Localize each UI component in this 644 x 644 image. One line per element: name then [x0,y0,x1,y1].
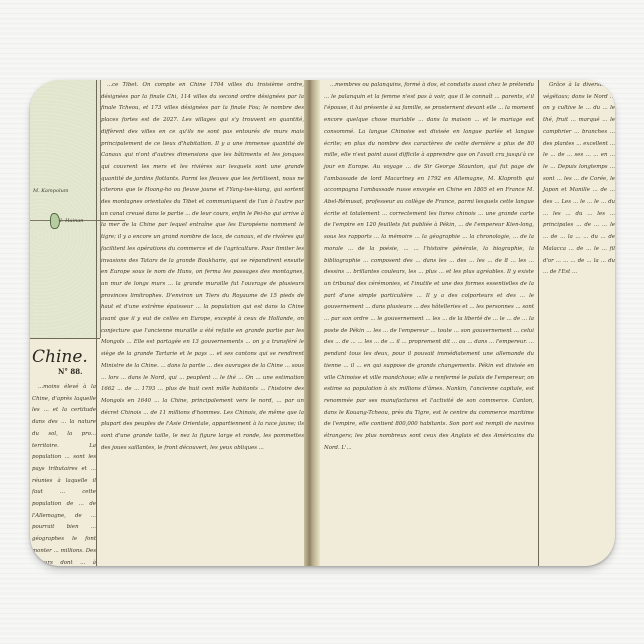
book-fold [304,80,320,566]
map-label: I. Hainan [60,218,84,224]
photo-background: { "product": "mousepad", "map": { "label… [0,0,644,644]
map-fragment: M. Kampolum I. Hainan [30,80,101,338]
text-column-middle: ...membres ou palanquins, formé à dos, e… [322,80,534,566]
text-column-left-small: ...moins élevé à la Chine, d'après laque… [32,382,96,566]
map-title-block: Chine. N° 88. [30,338,100,379]
paragraph: ...membres ou palanquins, formé à dos, e… [324,80,534,455]
paragraph: ...moins élevé à la Chine, d'après laque… [32,382,96,566]
mousepad: M. Kampolum I. Hainan Chine. N° 88. ...m… [30,80,615,566]
paragraph: Grâce à la diversité ... végétaux; dans … [543,80,615,279]
island-icon [50,213,60,229]
map-label: M. Kampolum [33,188,69,194]
map-number: N° 88. [58,367,83,376]
text-column-right: Grâce à la diversité ... végétaux; dans … [538,80,615,566]
text-column-left: ...ce Tibet. On compte en Chine 1704 vil… [96,80,304,566]
map-title: Chine. [32,347,88,367]
paragraph: ...ce Tibet. On compte en Chine 1704 vil… [101,80,304,455]
